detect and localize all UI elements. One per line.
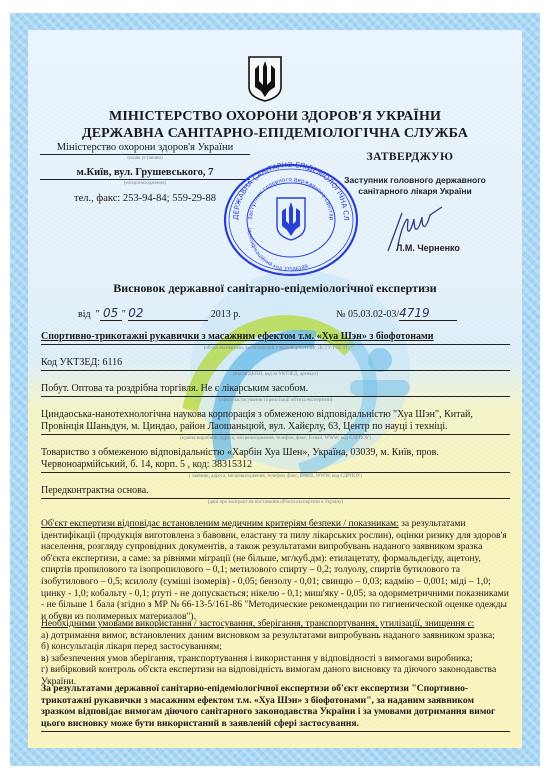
final-conclusion: За результатами державної санітарно-епід… <box>41 683 510 732</box>
field-manufacturer: Циндаоська-нанотехнологічна наукова корп… <box>41 409 510 442</box>
condition-item: б) консультація лікаря перед застосуванн… <box>41 641 510 653</box>
issue-date: від "05" 02 2013 р. <box>78 306 241 321</box>
service-name: ДЕРЖАВНА САНІТАРНО-ЕПІДЕМІОЛОГІЧНА СЛУЖБ… <box>0 125 550 142</box>
ministry-heading: МІНІСТЕРСТВО ОХОРОНИ ЗДОРОВ'Я УКРАЇНИ ДЕ… <box>0 108 550 142</box>
issuer-phone: тел., факс: 253-94-84; 559-29-88 <box>40 193 250 204</box>
date-day: 05 <box>100 306 122 321</box>
ministry-name: МІНІСТЕРСТВО ОХОРОНИ ЗДОРОВ'Я УКРАЇНИ <box>0 108 550 125</box>
address-caption: (місцезнаходження) <box>40 180 250 187</box>
contract-caption: (дані про контракт на постачання об'єкта… <box>41 499 510 506</box>
contract-value: Передконтрактна основа. <box>41 485 510 499</box>
signer-name: Л.М. Черненко <box>396 243 460 253</box>
applicant-value: Товариство з обмеженою відповідальністю … <box>41 447 510 473</box>
code-value: Код УКТЗЕД: 6116 <box>41 357 510 371</box>
document-number: № 05.03.02-03/4719 <box>336 306 457 321</box>
field-scope: Побут. Оптова та роздрібна торгівля. Не … <box>41 383 510 404</box>
conditions-block: Необхідними умовами використання / засто… <box>41 618 510 688</box>
institution-value: Міністерство охорони здоров'я України <box>40 142 250 155</box>
official-stamp: ДЕРЖАВНА САНІТАРНО-ЕПІДЕМІОЛОГІЧНА СЛУЖБ… <box>220 162 362 278</box>
object-value: Спортивно-трикотажні рукавички з масажни… <box>41 331 510 345</box>
criteria-paragraph: Об'єкт експертизи відповідає встановлени… <box>41 518 510 622</box>
condition-item: в) забезпечення умов зберігання, транспо… <box>41 653 510 665</box>
date-month: 02 <box>128 306 208 321</box>
conditions-heading: Необхідними умовами використання / засто… <box>41 618 510 630</box>
field-object: Спортивно-трикотажні рукавички з масажни… <box>41 331 510 352</box>
issuer-address: м.Київ, вул. Грушевського, 7 (місцезнахо… <box>40 167 250 187</box>
manufacturer-value: Циндаоська-нанотехнологічна наукова корп… <box>41 409 510 435</box>
date-suffix: р. <box>233 309 241 320</box>
field-applicant: Товариство з обмеженою відповідальністю … <box>41 447 510 480</box>
field-code: Код УКТЗЕД: 6116 (код за ДКПП, код за УК… <box>41 357 510 378</box>
number-prefix: № 05.03.02-03/ <box>336 309 399 320</box>
criteria-heading: Об'єкт експертизи відповідає встановлени… <box>41 518 399 529</box>
address-value: м.Київ, вул. Грушевського, 7 <box>40 167 250 180</box>
document-title: Висновок державної санітарно-епідеміолог… <box>0 281 550 296</box>
issuer-institution: Міністерство охорони здоров'я України (н… <box>40 142 250 162</box>
code-caption: (код за ДКПП, код за УКТЗЕД, артикул) <box>41 371 510 378</box>
scope-caption: (сфера застосування та реалізації об'єкт… <box>41 397 510 404</box>
date-prefix: від <box>78 309 91 320</box>
date-year: 2013 <box>211 309 231 320</box>
applicant-caption: ( заявник, адреса, місценаходження, теле… <box>41 473 510 480</box>
field-contract: Передконтрактна основа. (дані про контра… <box>41 485 510 506</box>
criteria-text: за результатами ідентифікації (продукція… <box>41 518 509 622</box>
manufacturer-caption: (країна-виробник, адреса, місценаходженн… <box>41 435 510 442</box>
object-caption: (об'єкт експертизи, виготовлений у відпо… <box>41 345 510 352</box>
condition-item: а) дотримання вимог, встановлених даним … <box>41 630 510 642</box>
trident-coat-of-arms-icon <box>247 55 283 102</box>
scope-value: Побут. Оптова та роздрібна торгівля. Не … <box>41 383 510 397</box>
institution-caption: (назва установи) <box>40 155 250 162</box>
number-handwritten: 4719 <box>399 306 457 321</box>
